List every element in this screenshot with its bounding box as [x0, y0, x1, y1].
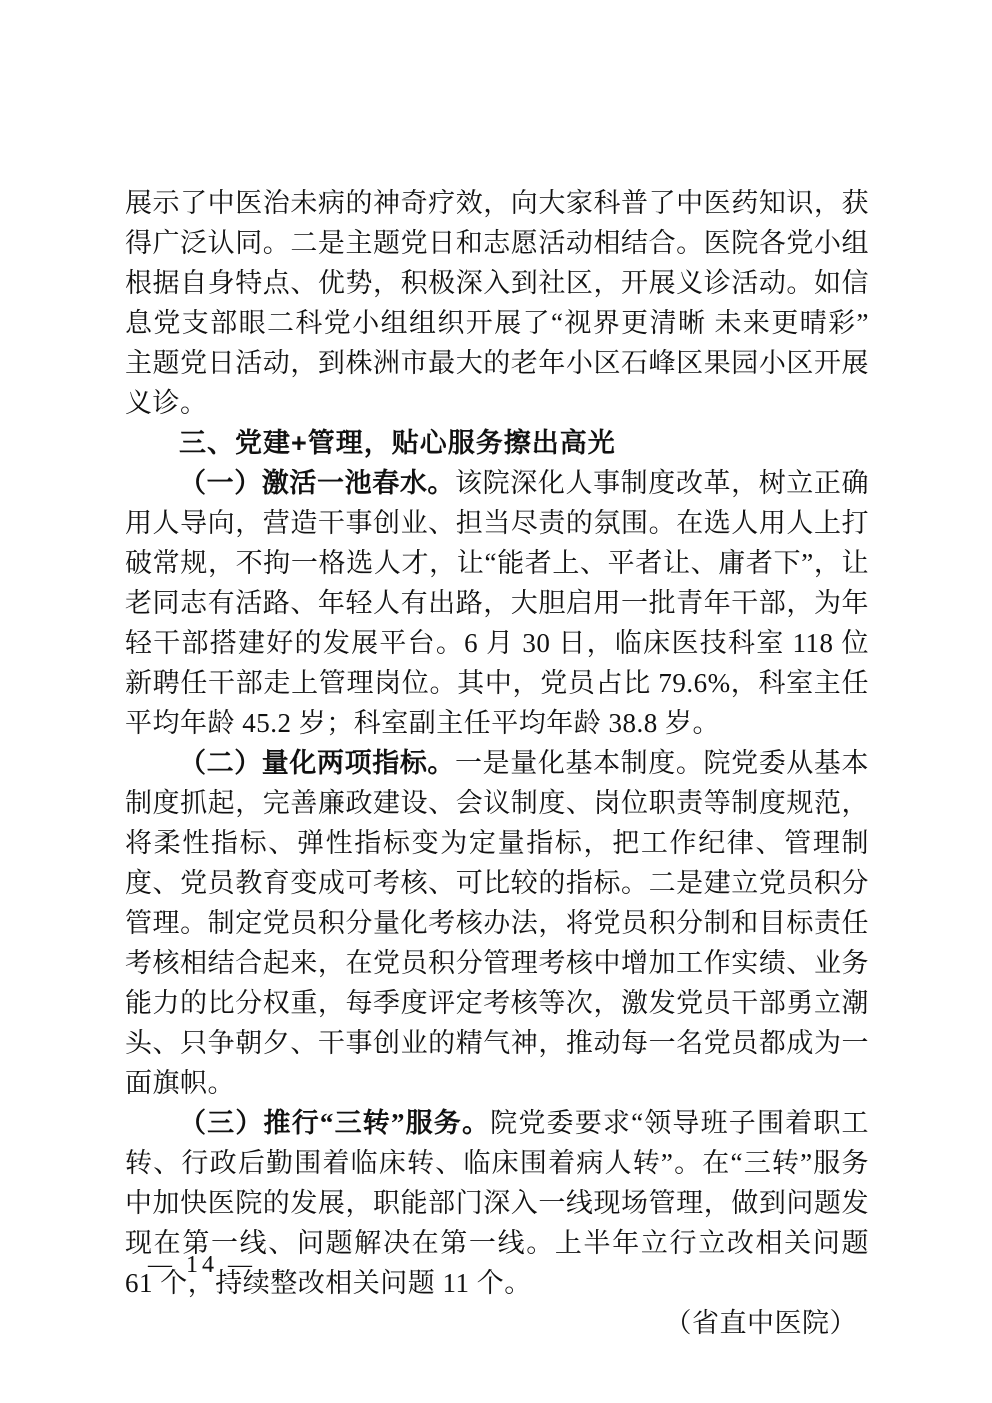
page-number: — 14 — [148, 1252, 256, 1279]
paragraph-text: 该院深化人事制度改革，树立正确用人导向，营造干事创业、担当尽责的氛围。在选人用人… [125, 468, 869, 738]
paragraph-lead-in: （三）推行“三转”服务。 [179, 1108, 490, 1138]
paragraph: （二）量化两项指标。一是量化基本制度。院党委从基本制度抓起，完善廉政建设、会议制… [125, 743, 869, 1103]
document-content: 展示了中医治未病的神奇疗效，向大家科普了中医药知识，获得广泛认同。二是主题党日和… [125, 183, 869, 1343]
paragraph-lead-in: 三、党建+管理，贴心服务擦出高光 [179, 428, 616, 458]
section-heading: 三、党建+管理，贴心服务擦出高光 [125, 423, 869, 463]
page-number-label: — 14 — [148, 1252, 256, 1278]
paragraph-text: （省直中医院） [665, 1308, 858, 1338]
paragraph-text: 一是量化基本制度。院党委从基本制度抓起，完善廉政建设、会议制度、岗位职责等制度规… [125, 748, 869, 1098]
paragraph-lead-in: （一）激活一池春水。 [179, 468, 455, 498]
paragraph-lead-in: （二）量化两项指标。 [179, 748, 455, 778]
paragraph: （一）激活一池春水。该院深化人事制度改革，树立正确用人导向，营造干事创业、担当尽… [125, 463, 869, 743]
attribution-line: （省直中医院） [125, 1303, 869, 1343]
document-page: 展示了中医治未病的神奇疗效，向大家科普了中医药知识，获得广泛认同。二是主题党日和… [0, 0, 992, 1403]
paragraph-text: 展示了中医治未病的神奇疗效，向大家科普了中医药知识，获得广泛认同。二是主题党日和… [125, 188, 869, 418]
paragraph: 展示了中医治未病的神奇疗效，向大家科普了中医药知识，获得广泛认同。二是主题党日和… [125, 183, 869, 423]
